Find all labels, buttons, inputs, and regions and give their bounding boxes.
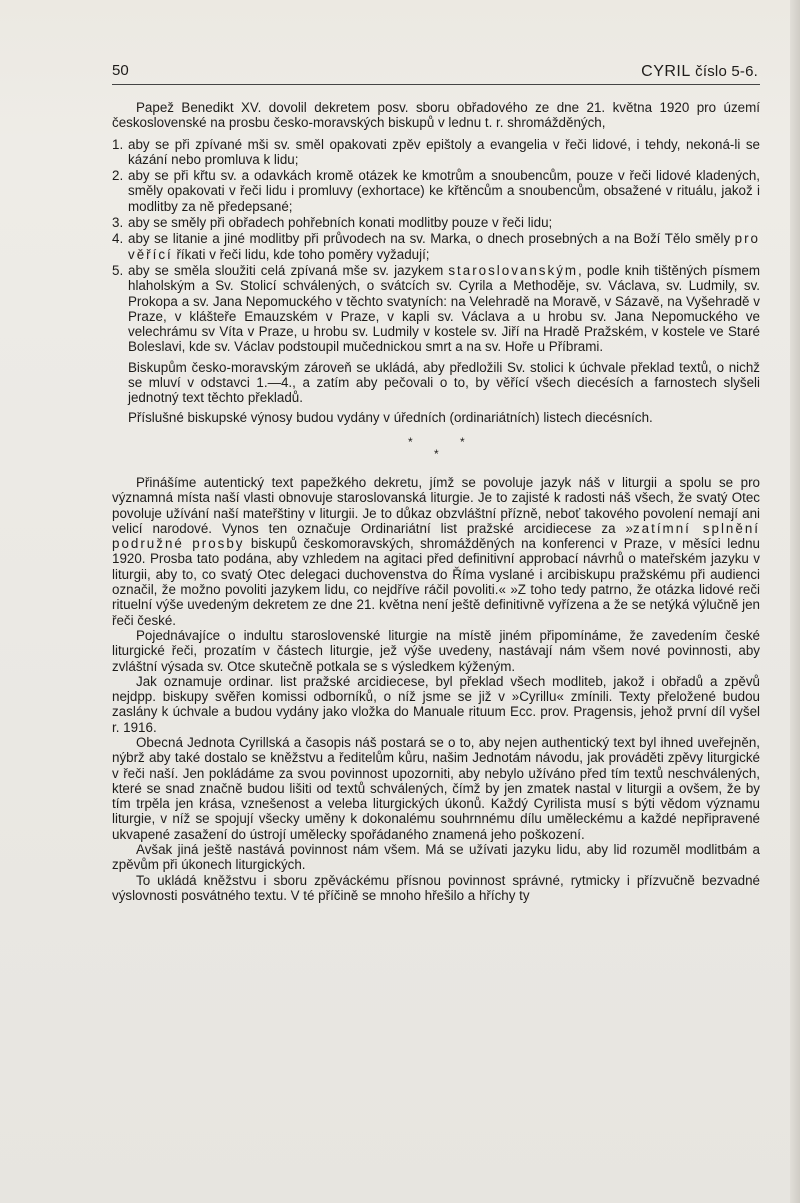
journal-issue-title: CYRIL číslo 5-6. [641, 63, 758, 81]
decree-list: 1. aby se při zpívané mši sv. směl opako… [112, 137, 760, 355]
article-body: Papež Benedikt XV. dovolil dekretem posv… [112, 100, 760, 903]
article-paragraph: Pojednávajíce o indultu staroslovenské l… [112, 628, 760, 674]
article-paragraph: Obecná Jednota Cyrillská a časopis náš p… [112, 735, 760, 842]
item-number: 1. [112, 137, 123, 152]
item-text: aby se směly při obřadech pohřebních kon… [128, 215, 552, 230]
decree-item: 5. aby se směla sloužiti celá zpívaná mš… [112, 263, 760, 355]
page-edge-shadow [790, 0, 800, 1203]
item-number: 2. [112, 168, 123, 183]
item-text-start: aby se litanie a jiné modlitby při průvo… [128, 231, 735, 246]
star-ornament: * [460, 435, 465, 450]
followup-text: Biskupům česko-moravským zároveň se uklá… [128, 360, 760, 406]
star-ornament: * [434, 447, 439, 462]
decree-item: 3. aby se směly při obřadech pohřebních … [112, 215, 760, 230]
item-number: 4. [112, 231, 123, 246]
decree-item: 4. aby se litanie a jiné modlitby při pr… [112, 231, 760, 262]
decree-intro: Papež Benedikt XV. dovolil dekretem posv… [112, 100, 760, 131]
article-paragraph: Přinášíme autentický text papežkého dekr… [112, 475, 760, 628]
item-text-end: říkati v řeči lidu, kde toho poměry vyža… [173, 247, 430, 262]
issue-number: číslo 5-6. [695, 63, 758, 80]
followup-text: Příslušné biskupské výnosy budou vydány … [128, 410, 653, 425]
section-separator: * * * [112, 435, 760, 469]
item-text: aby se při zpívané mši sv. směl opakovat… [128, 137, 760, 167]
item-text-emphasis: staroslovanským [448, 263, 578, 278]
item-number: 5. [112, 263, 123, 278]
article-paragraph: Jak oznamuje ordinar. list pražské arcid… [112, 674, 760, 735]
article-paragraph: To ukládá kněžstvu i sboru zpěváckému př… [112, 873, 760, 904]
decree-followup-paragraph: Biskupům česko-moravským zároveň se uklá… [112, 360, 760, 406]
running-header: 50 CYRIL číslo 5-6. [112, 62, 760, 85]
decree-item: 1. aby se při zpívané mši sv. směl opako… [112, 137, 760, 168]
scanned-page: 50 CYRIL číslo 5-6. Papež Benedikt XV. d… [0, 0, 800, 1203]
decree-item: 2. aby se při křtu sv. a odavkách kromě … [112, 168, 760, 214]
item-number: 3. [112, 215, 123, 230]
item-text: aby se při křtu sv. a odavkách kromě otá… [128, 168, 760, 214]
star-ornament: * [408, 435, 413, 450]
article-paragraph: Avšak jiná ještě nastává povinnost nám v… [112, 842, 760, 873]
page-number: 50 [112, 62, 129, 79]
item-text-start: aby se směla sloužiti celá zpívaná mše s… [128, 263, 448, 278]
journal-name: CYRIL [641, 63, 691, 80]
decree-followup-paragraph: Příslušné biskupské výnosy budou vydány … [112, 410, 760, 425]
